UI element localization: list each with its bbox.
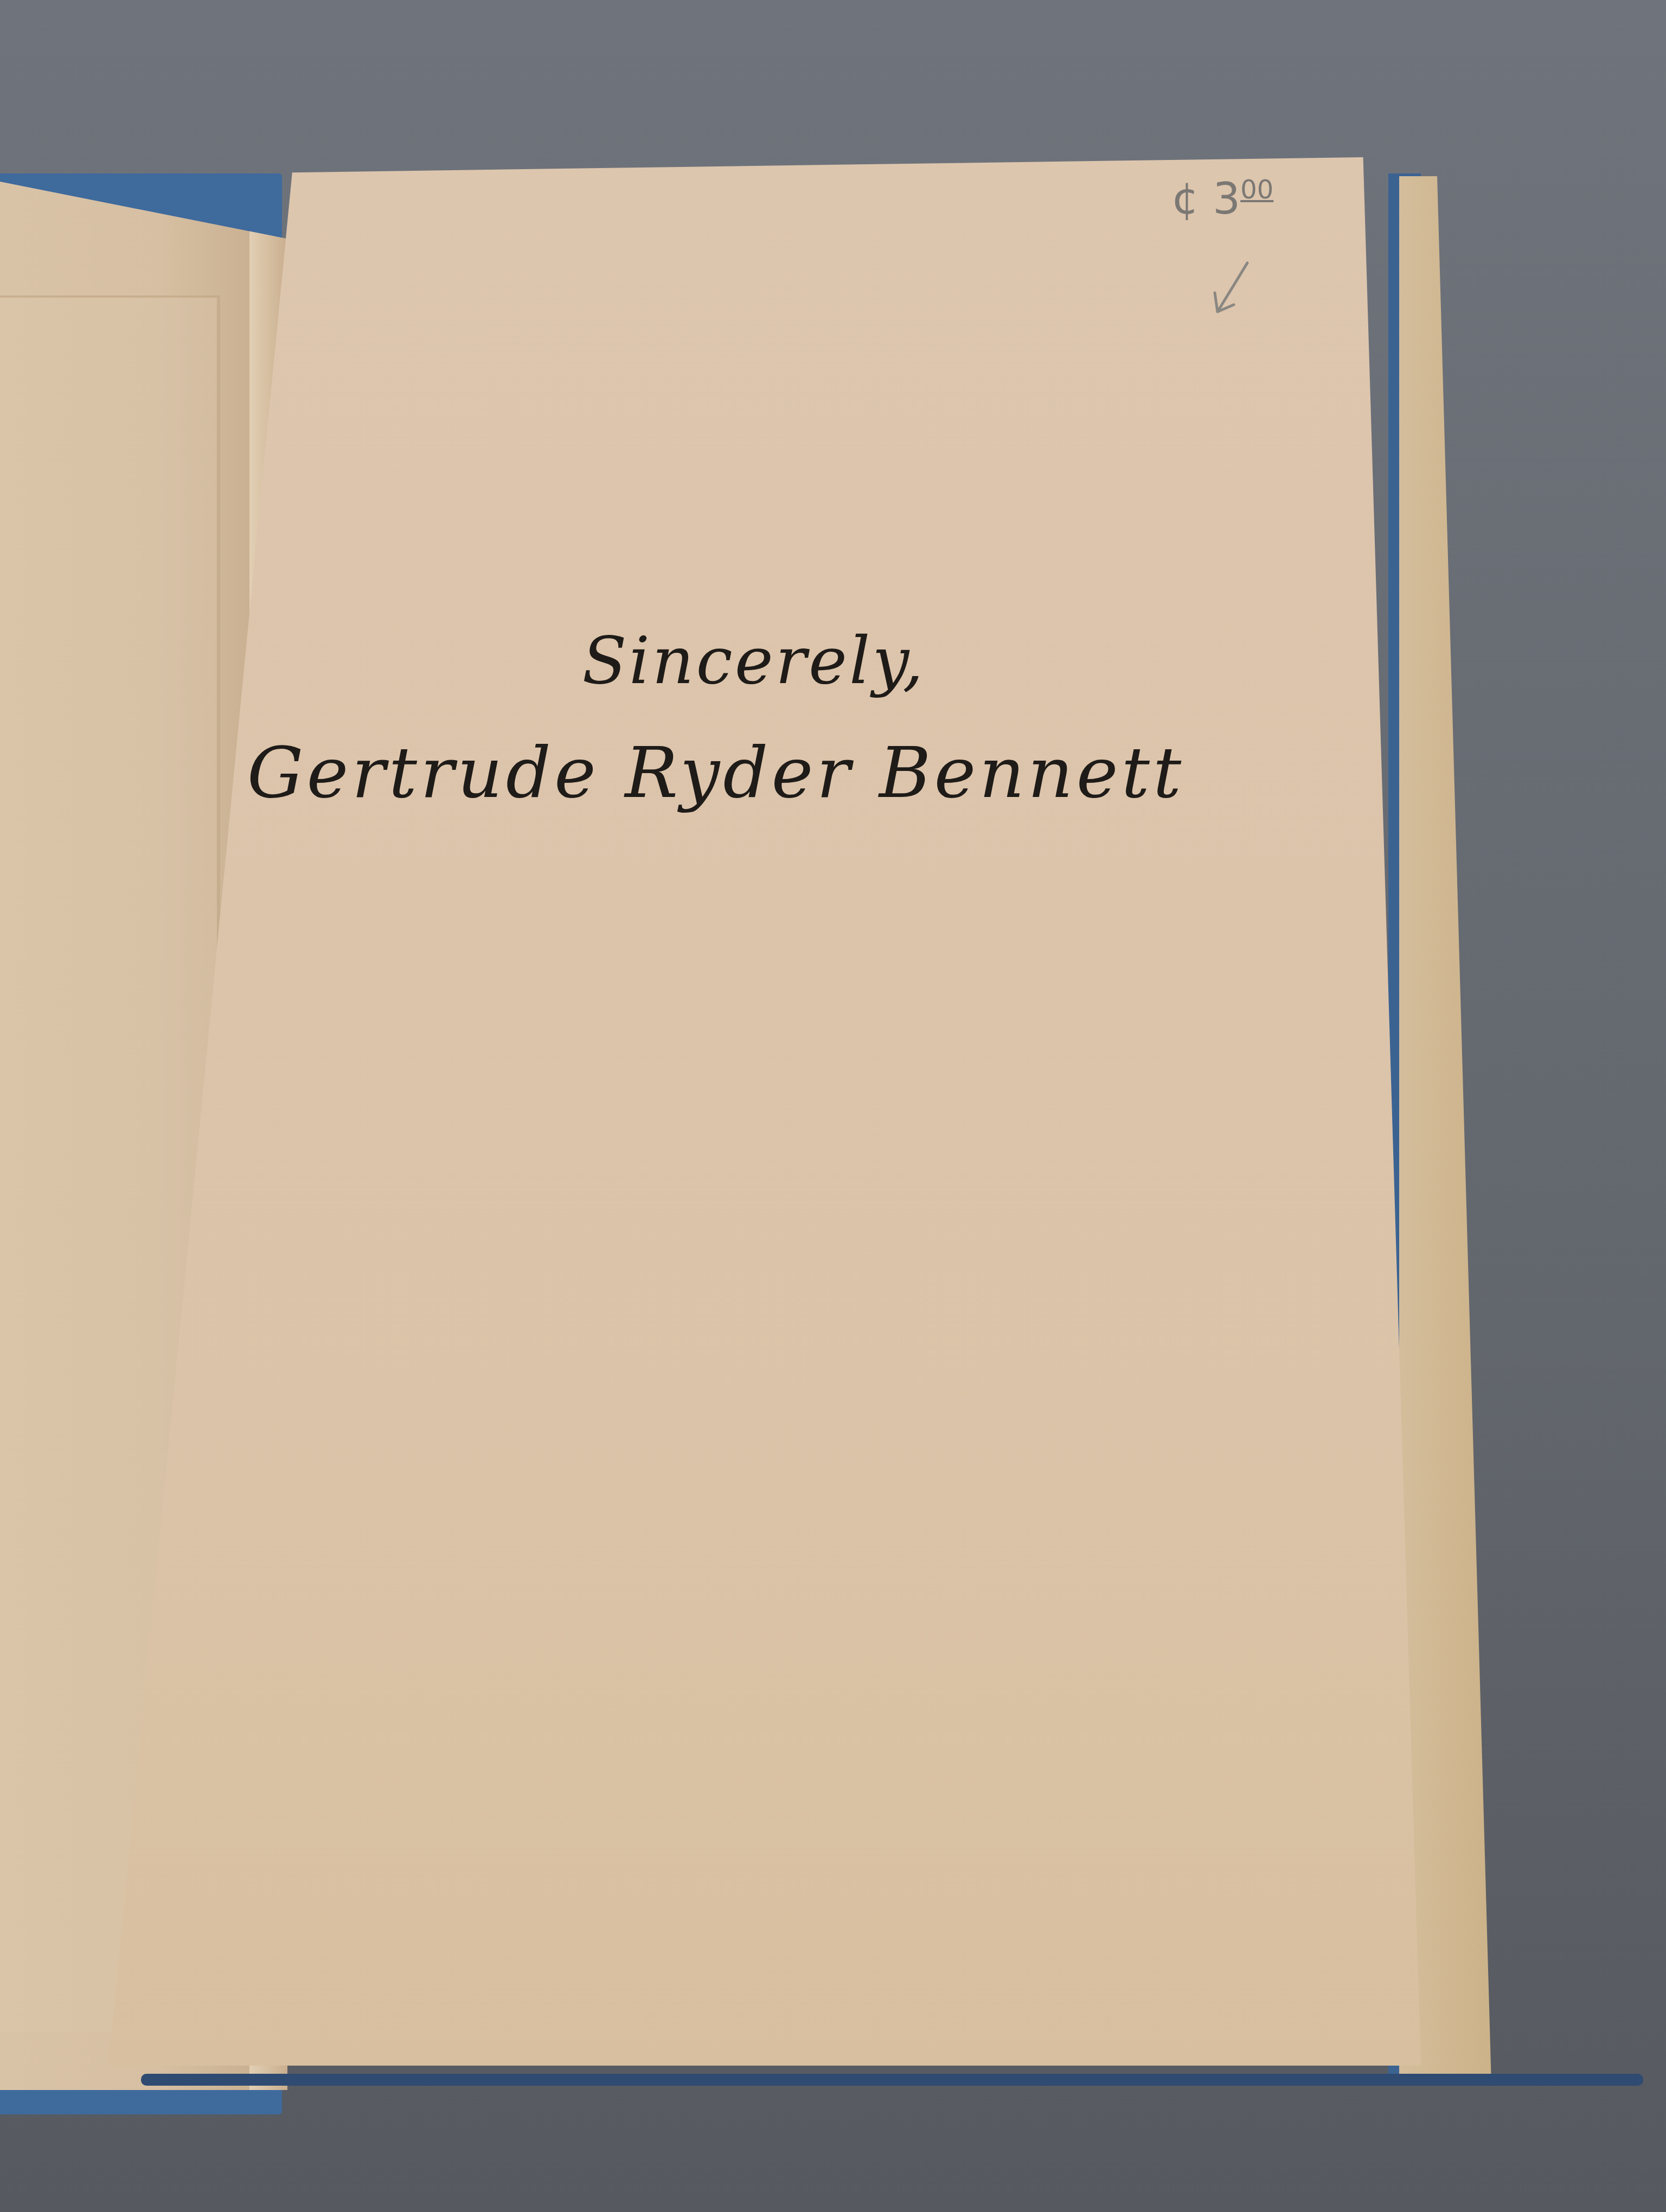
price-text: ¢ 3 [1171, 173, 1240, 224]
cover-bottom-edge [141, 2074, 1643, 2086]
down-left-arrow-icon [1209, 260, 1253, 320]
closing-text: Sincerely, [260, 623, 1247, 699]
page-edges [1399, 176, 1666, 2085]
free-endpaper-page [108, 157, 1421, 2066]
author-signature: Gertrude Ryder Bennett [184, 731, 1247, 814]
price-superscript: 00 [1240, 175, 1273, 205]
signature-inscription: Sincerely, Gertrude Ryder Bennett [325, 623, 1247, 814]
pencil-price-note: ¢ 300 [1171, 173, 1273, 224]
